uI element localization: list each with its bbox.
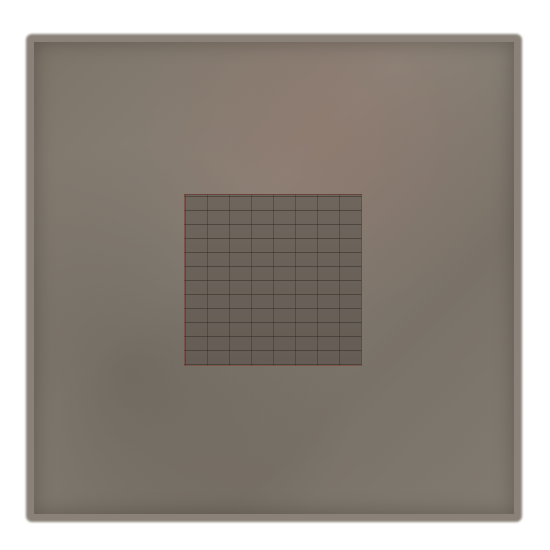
cracked-inner-square [184, 194, 362, 366]
